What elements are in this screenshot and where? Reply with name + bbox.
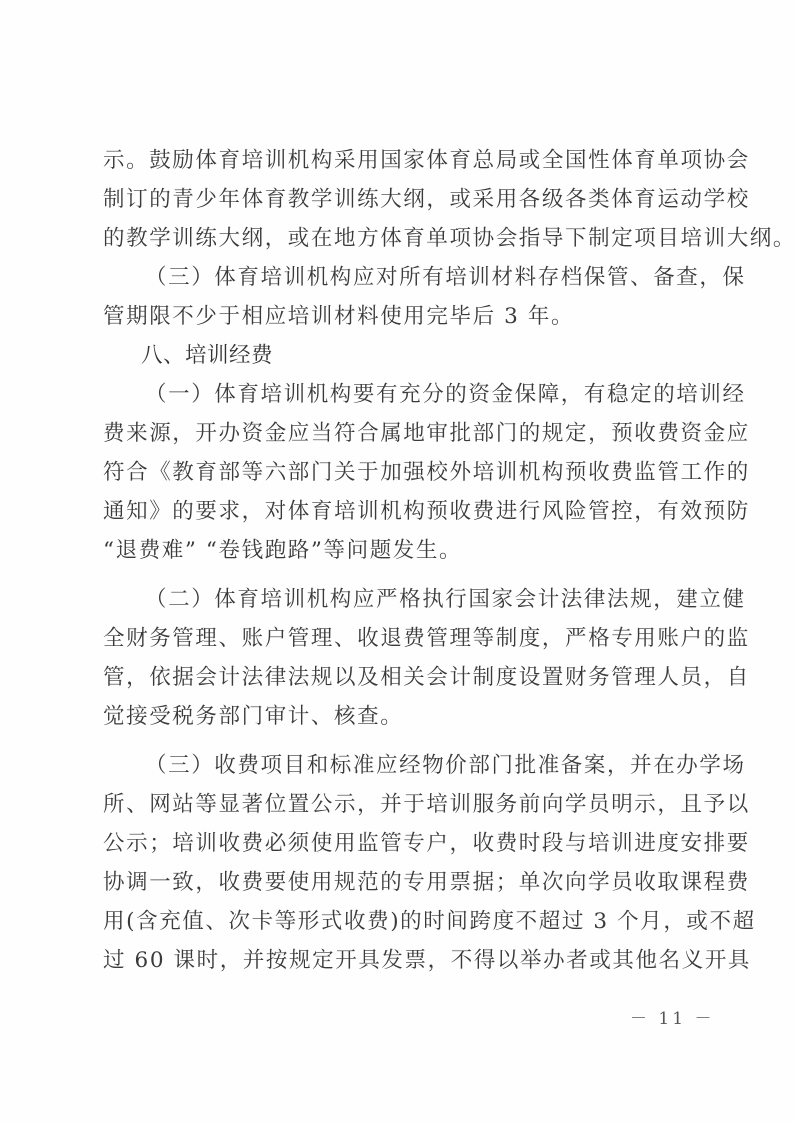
text-line: （三）体育培训机构应对所有培训材料存档保管、备查，保 <box>145 264 703 292</box>
page-number: － 11 － <box>630 1004 714 1029</box>
text-line: 过 60 课时，并按规定开具发票，不得以举办者或其他名义开具 <box>103 947 703 975</box>
text-line: （二）体育培训机构应严格执行国家会计法律法规，建立健 <box>145 586 703 614</box>
text-line: 全财务管理、账户管理、收退费管理等制度，严格专用账户的监 <box>103 625 703 653</box>
text-line: 管，依据会计法律法规以及相关会计制度设置财务管理人员，自 <box>103 664 703 692</box>
text-line: 费来源，开办资金应当符合属地审批部门的规定，预收费资金应 <box>103 420 703 448</box>
text-line: （一）体育培训机构要有充分的资金保障，有稳定的培训经 <box>145 381 703 409</box>
text-line: 通知》的要求，对体育培训机构预收费进行风险管控，有效预防 <box>103 498 703 526</box>
document-page: 示。鼓励体育培训机构采用国家体育总局或全国性体育单项协会 制订的青少年体育教学训… <box>0 0 795 1123</box>
text-line: 公示；培训收费必须使用监管专户，收费时段与培训进度安排要 <box>103 830 703 858</box>
text-line: 管期限不少于相应培训材料使用完毕后 3 年。 <box>103 303 703 331</box>
text-line: 用(含充值、次卡等形式收费)的时间跨度不超过 3 个月，或不超 <box>103 908 703 936</box>
text-line: 协调一致，收费要使用规范的专用票据；单次向学员收取课程费 <box>103 869 703 897</box>
text-line: （三）收费项目和标准应经物价部门批准备案，并在办学场 <box>145 752 703 780</box>
text-line: 所、网站等显著位置公示，并于培训服务前向学员明示，且予以 <box>103 791 703 819</box>
text-line: 示。鼓励体育培训机构采用国家体育总局或全国性体育单项协会 <box>103 147 703 175</box>
section-heading: 八、培训经费 <box>141 342 741 370</box>
text-line: “退费难” “卷钱跑路”等问题发生。 <box>103 537 703 565</box>
text-line: 的教学训练大纲，或在地方体育单项协会指导下制定项目培训大纲。 <box>103 225 703 253</box>
text-line: 制订的青少年体育教学训练大纲，或采用各级各类体育运动学校 <box>103 186 703 214</box>
text-line: 符合《教育部等六部门关于加强校外培训机构预收费监管工作的 <box>103 459 703 487</box>
text-line: 觉接受税务部门审计、核查。 <box>103 703 703 731</box>
